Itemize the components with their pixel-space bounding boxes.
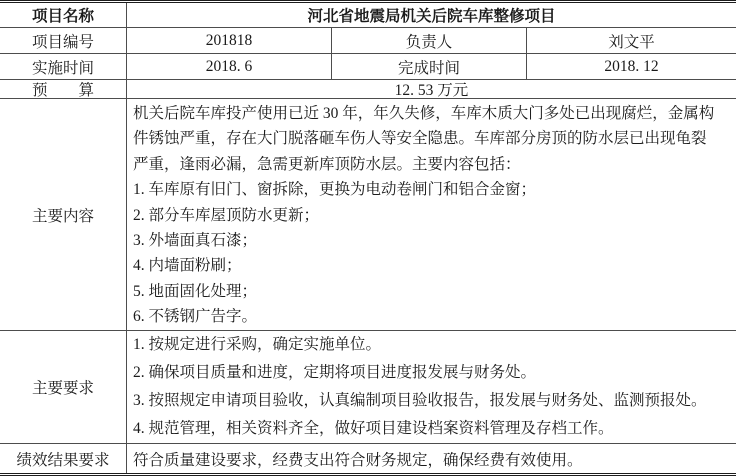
performance-label: 绩效结果要求 (0, 444, 127, 473)
project-id-label: 项目编号 (0, 28, 127, 53)
finish-time-value: 2018. 12 (527, 54, 736, 79)
project-name-value: 河北省地震局机关后院车库整修项目 (127, 3, 736, 27)
main-content-label: 主要内容 (0, 99, 127, 330)
start-time-value: 2018. 6 (127, 54, 332, 79)
row-performance: 绩效结果要求 符合质量建设要求，经费支出符合财务规定，确保经费有效使用。 (0, 444, 736, 473)
performance-value: 符合质量建设要求，经费支出符合财务规定，确保经费有效使用。 (127, 444, 736, 473)
text-line: 严重，逢雨必漏，急需更新库顶防水层。主要内容包括： (133, 152, 736, 177)
row-project-id: 项目编号 201818 负责人 刘文平 (0, 28, 736, 54)
project-name-label: 项目名称 (0, 3, 127, 27)
start-time-label: 实施时间 (0, 54, 127, 79)
row-time: 实施时间 2018. 6 完成时间 2018. 12 (0, 54, 736, 80)
manager-label: 负责人 (332, 28, 527, 53)
text-line: 符合质量建设要求，经费支出符合财务规定，确保经费有效使用。 (133, 448, 583, 470)
finish-time-label: 完成时间 (332, 54, 527, 79)
row-main-requirements: 主要要求 1. 按规定进行采购，确定实施单位。2. 确保项目质量和进度，定期将项… (0, 331, 736, 444)
text-line: 3. 外墙面真石漆； (133, 228, 736, 253)
main-requirements-text: 1. 按规定进行采购，确定实施单位。2. 确保项目质量和进度，定期将项目进度报发… (127, 331, 736, 443)
text-line: 2. 确保项目质量和进度，定期将项目进度报发展与财务处。 (133, 359, 736, 387)
text-line: 机关后院车库投产使用已近 30 年，年久失修，车库木质大门多处已出现腐烂，金属构 (133, 101, 736, 126)
row-budget: 预 算 12. 53 万元 (0, 80, 736, 99)
text-line: 1. 按规定进行采购，确定实施单位。 (133, 331, 736, 359)
row-main-content: 主要内容 机关后院车库投产使用已近 30 年，年久失修，车库木质大门多处已出现腐… (0, 99, 736, 331)
text-line: 5. 地面固化处理； (133, 279, 736, 304)
project-info-table: 项目名称 河北省地震局机关后院车库整修项目 项目编号 201818 负责人 刘文… (0, 0, 736, 476)
project-id-value: 201818 (127, 28, 332, 53)
main-requirements-label: 主要要求 (0, 331, 127, 443)
text-line: 4. 规范管理，相关资料齐全，做好项目建设档案资料管理及存档工作。 (133, 415, 736, 443)
text-line: 2. 部分车库屋顶防水更新； (133, 203, 736, 228)
text-line: 6. 不锈钢广告字。 (133, 304, 736, 329)
row-project-name: 项目名称 河北省地震局机关后院车库整修项目 (0, 3, 736, 28)
text-line: 4. 内墙面粉刷； (133, 253, 736, 278)
budget-value: 12. 53 万元 (127, 80, 736, 98)
text-line: 件锈蚀严重，存在大门脱落砸车伤人等安全隐患。车库部分房顶的防水层已出现龟裂 (133, 126, 736, 151)
budget-label: 预 算 (0, 80, 127, 98)
main-content-text: 机关后院车库投产使用已近 30 年，年久失修，车库木质大门多处已出现腐烂，金属构… (127, 99, 736, 330)
text-line: 3. 按照规定申请项目验收，认真编制项目验收报告，报发展与财务处、监测预报处。 (133, 387, 736, 415)
manager-value: 刘文平 (527, 28, 736, 53)
text-line: 1. 车库原有旧门、窗拆除，更换为电动卷闸门和铝合金窗； (133, 177, 736, 202)
